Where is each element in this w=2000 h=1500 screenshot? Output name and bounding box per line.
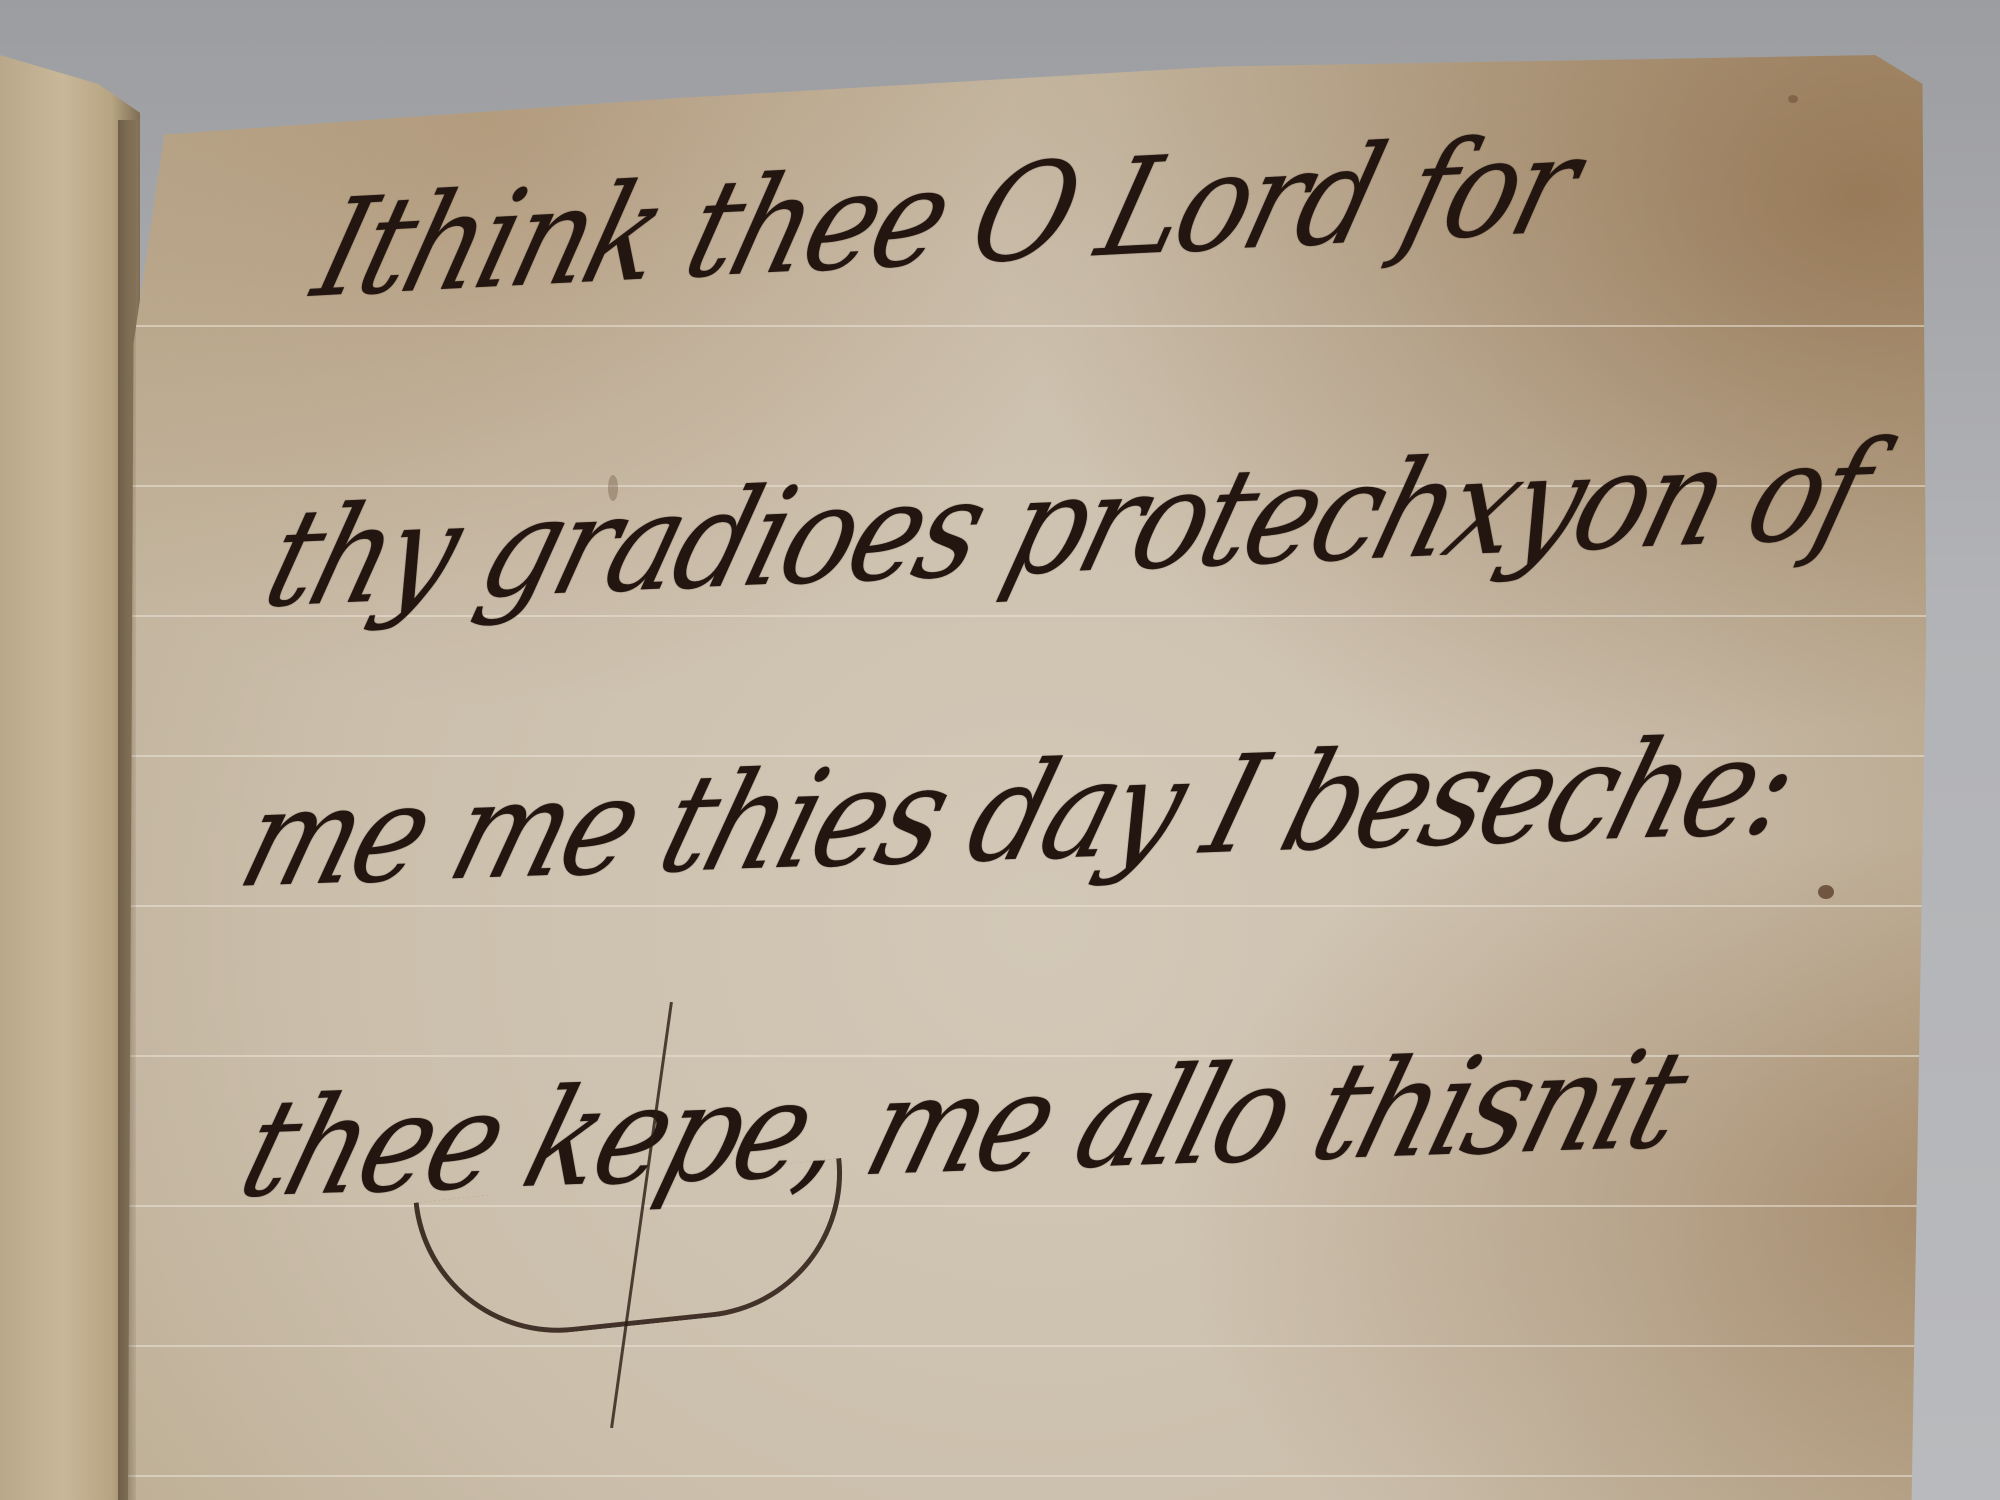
ruled-line bbox=[128, 1475, 1948, 1477]
book-gutter-fold bbox=[118, 120, 136, 1500]
ruled-line bbox=[128, 1345, 1948, 1347]
ink-stain bbox=[1818, 885, 1834, 899]
ink-stain bbox=[1788, 95, 1798, 103]
ruled-line bbox=[128, 325, 1948, 327]
